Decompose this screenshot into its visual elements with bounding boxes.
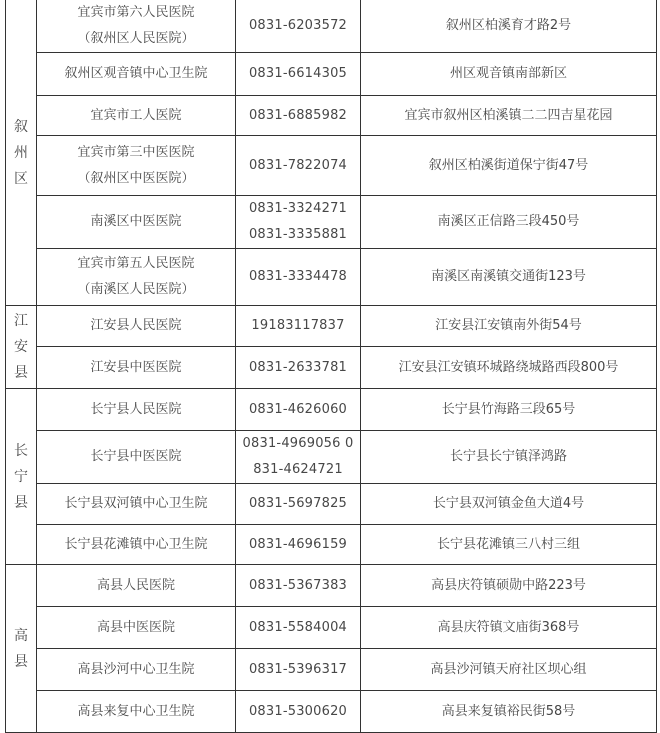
hospital-name-cell: 高县中医医院: [37, 607, 236, 649]
hospital-name-line: 长宁县人民医院: [39, 397, 233, 423]
table-row: 宜宾市第五人民医院（南溪区人民医院）0831-3334478南溪区南溪镇交通街1…: [6, 249, 657, 306]
table-row: 高县来复中心卫生院0831-5300620高县来复镇裕民街58号: [6, 691, 657, 733]
table-row: 长宁县双河镇中心卫生院0831-5697825长宁县双河镇金鱼大道4号: [6, 484, 657, 525]
hospital-name-cell: 高县沙河中心卫生院: [37, 649, 236, 691]
region-char: 宁: [6, 464, 36, 490]
address-cell: 高县来复镇裕民街58号: [361, 691, 657, 733]
address-cell: 叙州区柏溪育才路2号: [361, 0, 657, 53]
hospital-name-line: 宜宾市工人医院: [39, 103, 233, 129]
table-body: 叙州区宜宾市第六人民医院（叙州区人民医院）0831-6203572叙州区柏溪育才…: [6, 0, 657, 733]
address-cell: 长宁县双河镇金鱼大道4号: [361, 484, 657, 525]
hospital-name-cell: 宜宾市第五人民医院（南溪区人民医院）: [37, 249, 236, 306]
phone-cell: 0831-6885982: [236, 96, 361, 136]
phone-number: 0831-5300620: [238, 699, 358, 725]
address-cell: 长宁县长宁镇泽鸿路: [361, 431, 657, 484]
address-cell: 高县庆符镇硕勋中路223号: [361, 565, 657, 607]
table-row: 长宁县中医医院0831-4969056 0831-4624721长宁县长宁镇泽鸿…: [6, 431, 657, 484]
region-char: 安: [6, 334, 36, 360]
region-char: 高: [6, 623, 36, 649]
address-cell: 江安县江安镇环城路绕城路西段800号: [361, 347, 657, 389]
table-row: 江安县中医医院0831-2633781江安县江安镇环城路绕城路西段800号: [6, 347, 657, 389]
region-char: 县: [6, 490, 36, 516]
table-row: 高县高县人民医院0831-5367383高县庆符镇硕勋中路223号: [6, 565, 657, 607]
phone-number: 0831-6203572: [238, 13, 358, 39]
hospital-directory-table-wrapper: 叙州区宜宾市第六人民医院（叙州区人民医院）0831-6203572叙州区柏溪育才…: [5, 0, 656, 733]
phone-cell: 0831-2633781: [236, 347, 361, 389]
phone-number: 0831-2633781: [238, 355, 358, 381]
phone-cell: 0831-3334478: [236, 249, 361, 306]
phone-cell: 0831-6614305: [236, 53, 361, 96]
region-char: 长: [6, 438, 36, 464]
phone-number: 0831-6885982: [238, 103, 358, 129]
phone-cell: 0831-5300620: [236, 691, 361, 733]
phone-number: 0831-5697825: [238, 491, 358, 517]
address-cell: 长宁县竹海路三段65号: [361, 389, 657, 431]
phone-cell: 0831-5584004: [236, 607, 361, 649]
region-char: 叙: [6, 114, 36, 140]
phone-number: 0831-3334478: [238, 264, 358, 290]
hospital-name-line: （叙州区中医医院）: [39, 166, 233, 192]
hospital-name-line: 南溪区中医医院: [39, 209, 233, 235]
region-cell: 叙州区: [6, 0, 37, 306]
region-char: 县: [6, 360, 36, 386]
hospital-name-cell: 高县来复中心卫生院: [37, 691, 236, 733]
table-row: 高县沙河中心卫生院0831-5396317高县沙河镇天府社区坝心组: [6, 649, 657, 691]
phone-number: 19183117837: [238, 313, 358, 339]
phone-number: 0831-3335881: [238, 222, 358, 248]
region-char: 江: [6, 308, 36, 334]
address-cell: 江安县江安镇南外街54号: [361, 306, 657, 347]
phone-cell: 0831-4696159: [236, 525, 361, 565]
phone-number: 0831-4626060: [238, 397, 358, 423]
region-char: 州: [6, 140, 36, 166]
phone-number: 0831-6614305: [238, 61, 358, 87]
phone-cell: 0831-5396317: [236, 649, 361, 691]
hospital-name-line: 江安县中医医院: [39, 355, 233, 381]
hospital-name-line: 长宁县双河镇中心卫生院: [39, 491, 233, 517]
hospital-name-cell: 长宁县人民医院: [37, 389, 236, 431]
hospital-name-line: （叙州区人民医院）: [39, 26, 233, 52]
table-row: 长宁县花滩镇中心卫生院0831-4696159长宁县花滩镇三八村三组: [6, 525, 657, 565]
phone-number: 831-4624721: [238, 457, 358, 483]
phone-number: 0831-7822074: [238, 153, 358, 179]
hospital-name-cell: 宜宾市工人医院: [37, 96, 236, 136]
region-cell: 江安县: [6, 306, 37, 389]
hospital-name-line: 宜宾市第六人民医院: [39, 0, 233, 26]
hospital-name-cell: 长宁县双河镇中心卫生院: [37, 484, 236, 525]
table-row: 江安县江安县人民医院19183117837江安县江安镇南外街54号: [6, 306, 657, 347]
hospital-name-line: 长宁县中医医院: [39, 444, 233, 470]
hospital-name-cell: 高县人民医院: [37, 565, 236, 607]
address-cell: 高县沙河镇天府社区坝心组: [361, 649, 657, 691]
phone-number: 0831-5396317: [238, 657, 358, 683]
phone-number: 0831-5367383: [238, 573, 358, 599]
address-cell: 高县庆符镇文庙街368号: [361, 607, 657, 649]
table-row: 叙州区观音镇中心卫生院0831-6614305州区观音镇南部新区: [6, 53, 657, 96]
hospital-name-line: 江安县人民医院: [39, 313, 233, 339]
hospital-name-cell: 江安县人民医院: [37, 306, 236, 347]
address-cell: 宜宾市叙州区柏溪镇二二四吉星花园: [361, 96, 657, 136]
hospital-name-cell: 江安县中医医院: [37, 347, 236, 389]
hospital-name-line: 宜宾市第三中医医院: [39, 140, 233, 166]
hospital-name-line: 高县人民医院: [39, 573, 233, 599]
hospital-name-cell: 长宁县中医医院: [37, 431, 236, 484]
table-row: 宜宾市工人医院0831-6885982宜宾市叙州区柏溪镇二二四吉星花园: [6, 96, 657, 136]
hospital-name-line: 高县来复中心卫生院: [39, 699, 233, 725]
hospital-name-cell: 宜宾市第六人民医院（叙州区人民医院）: [37, 0, 236, 53]
address-cell: 南溪区正信路三段450号: [361, 196, 657, 249]
phone-cell: 0831-5697825: [236, 484, 361, 525]
table-row: 长宁县长宁县人民医院0831-4626060长宁县竹海路三段65号: [6, 389, 657, 431]
region-cell: 长宁县: [6, 389, 37, 565]
hospital-directory-table: 叙州区宜宾市第六人民医院（叙州区人民医院）0831-6203572叙州区柏溪育才…: [5, 0, 657, 733]
phone-cell: 0831-7822074: [236, 136, 361, 196]
address-cell: 长宁县花滩镇三八村三组: [361, 525, 657, 565]
hospital-name-line: 高县中医医院: [39, 615, 233, 641]
hospital-name-line: 叙州区观音镇中心卫生院: [39, 61, 233, 87]
phone-number: 0831-4696159: [238, 532, 358, 558]
table-row: 高县中医医院0831-5584004高县庆符镇文庙街368号: [6, 607, 657, 649]
phone-number: 0831-4969056 0: [238, 431, 358, 457]
hospital-name-cell: 长宁县花滩镇中心卫生院: [37, 525, 236, 565]
address-cell: 南溪区南溪镇交通街123号: [361, 249, 657, 306]
phone-cell: 0831-4969056 0831-4624721: [236, 431, 361, 484]
hospital-name-cell: 南溪区中医医院: [37, 196, 236, 249]
table-row: 南溪区中医医院0831-33242710831-3335881南溪区正信路三段4…: [6, 196, 657, 249]
region-char: 区: [6, 166, 36, 192]
phone-cell: 0831-4626060: [236, 389, 361, 431]
phone-number: 0831-5584004: [238, 615, 358, 641]
table-row: 宜宾市第三中医医院（叙州区中医医院）0831-7822074叙州区柏溪街道保宁街…: [6, 136, 657, 196]
address-cell: 叙州区柏溪街道保宁街47号: [361, 136, 657, 196]
hospital-name-line: 高县沙河中心卫生院: [39, 657, 233, 683]
region-char: 县: [6, 649, 36, 675]
phone-number: 0831-3324271: [238, 196, 358, 222]
hospital-name-cell: 叙州区观音镇中心卫生院: [37, 53, 236, 96]
phone-cell: 0831-5367383: [236, 565, 361, 607]
phone-cell: 19183117837: [236, 306, 361, 347]
hospital-name-line: 长宁县花滩镇中心卫生院: [39, 532, 233, 558]
hospital-name-line: （南溪区人民医院）: [39, 277, 233, 303]
hospital-name-cell: 宜宾市第三中医医院（叙州区中医医院）: [37, 136, 236, 196]
region-cell: 高县: [6, 565, 37, 733]
phone-cell: 0831-33242710831-3335881: [236, 196, 361, 249]
address-cell: 州区观音镇南部新区: [361, 53, 657, 96]
table-row: 叙州区宜宾市第六人民医院（叙州区人民医院）0831-6203572叙州区柏溪育才…: [6, 0, 657, 53]
phone-cell: 0831-6203572: [236, 0, 361, 53]
hospital-name-line: 宜宾市第五人民医院: [39, 251, 233, 277]
